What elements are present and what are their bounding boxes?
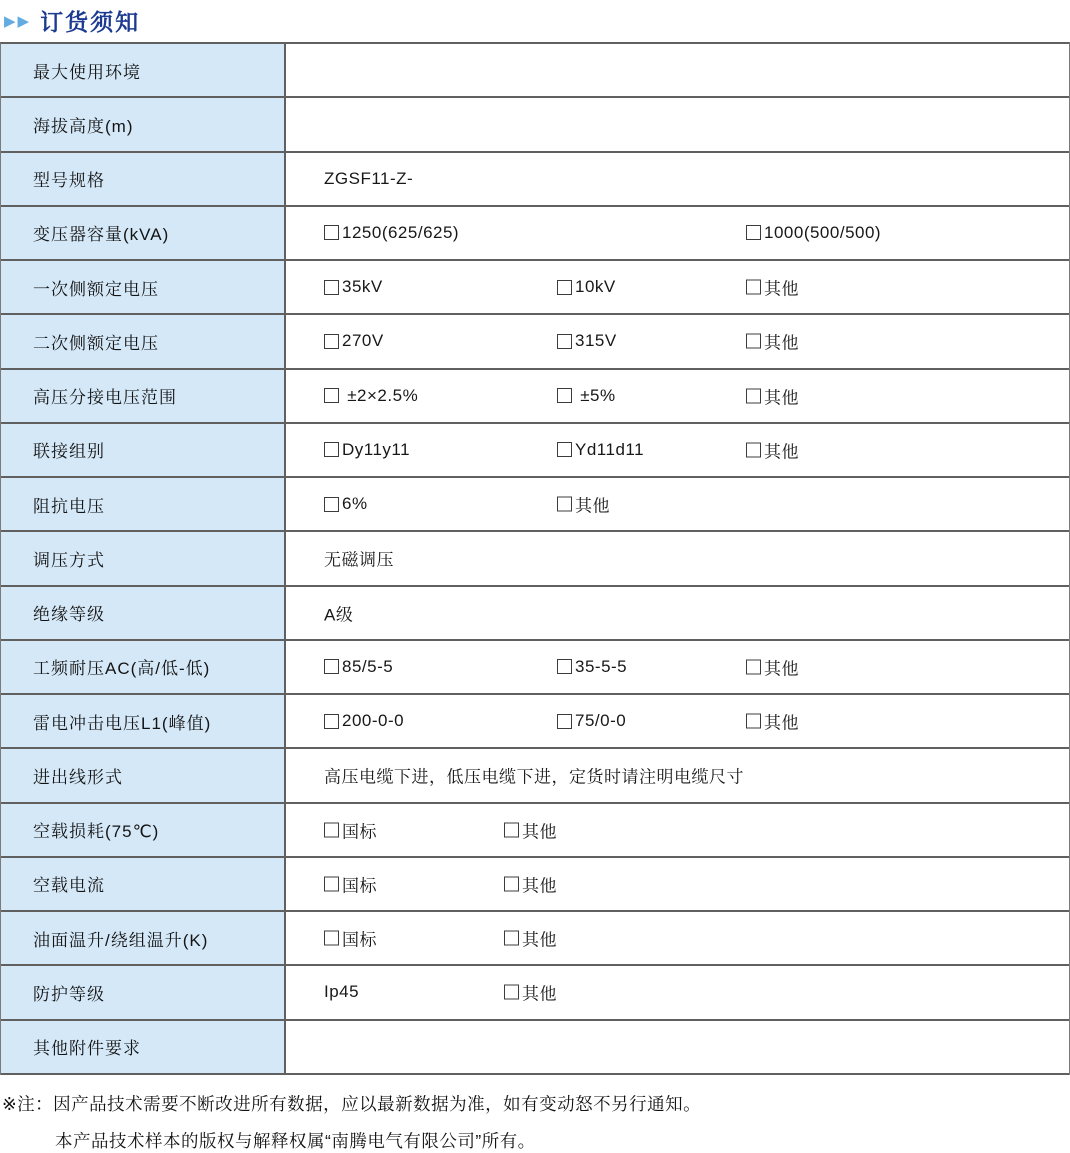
- option-label: Yd11d11: [575, 440, 644, 460]
- row-value-cell: A级: [286, 587, 1069, 639]
- footnote-line-2: 本产品技术样本的版权与解释权属“南腾电气有限公司”所有。: [0, 1131, 1070, 1152]
- row-label-cell: 工频耐压AC(高/低-低): [1, 641, 286, 693]
- row-value-cell: [286, 98, 1069, 150]
- row-label: 型号规格: [33, 166, 105, 191]
- spec-option: 其他: [746, 329, 799, 354]
- row-label-cell: 防护等级: [1, 966, 286, 1018]
- spec-option: 35kV: [324, 277, 383, 297]
- row-label: 调压方式: [33, 546, 105, 571]
- table-row: 空载损耗(75℃)国标其他: [1, 804, 1069, 858]
- row-label: 海拔高度(m): [33, 112, 133, 137]
- checkbox-icon[interactable]: [324, 659, 339, 674]
- option-label: 315V: [575, 331, 617, 351]
- option-label: 无磁调压: [324, 546, 394, 571]
- checkbox-icon[interactable]: [504, 822, 519, 837]
- row-value-cell: [286, 1021, 1069, 1073]
- option-label: 国标: [342, 871, 377, 896]
- spec-option: 其他: [504, 926, 557, 951]
- spec-option: 6%: [324, 494, 368, 514]
- checkbox-icon[interactable]: [324, 225, 339, 240]
- spec-option: 270V: [324, 331, 384, 351]
- table-row: 一次侧额定电压35kV10kV其他: [1, 261, 1069, 315]
- spec-value: ZGSF11-Z-: [324, 169, 413, 189]
- checkbox-icon[interactable]: [324, 714, 339, 729]
- spec-option: 200-0-0: [324, 711, 404, 731]
- checkbox-icon[interactable]: [324, 334, 339, 349]
- table-row: 阻抗电压6%其他: [1, 478, 1069, 532]
- row-label-cell: 一次侧额定电压: [1, 261, 286, 313]
- row-label-cell: 最大使用环境: [1, 44, 286, 96]
- option-label: 其他: [522, 817, 557, 842]
- option-label: 其他: [522, 871, 557, 896]
- checkbox-icon[interactable]: [557, 659, 572, 674]
- spec-option: 其他: [746, 654, 799, 679]
- checkbox-icon[interactable]: [746, 659, 761, 674]
- checkbox-icon[interactable]: [746, 388, 761, 403]
- checkbox-icon[interactable]: [746, 225, 761, 240]
- option-label: 其他: [522, 980, 557, 1005]
- spec-option: 75/0-0: [557, 711, 626, 731]
- checkbox-icon[interactable]: [504, 876, 519, 891]
- spec-option: 国标: [324, 926, 377, 951]
- checkbox-icon[interactable]: [746, 442, 761, 457]
- checkbox-icon[interactable]: [324, 388, 339, 403]
- row-value-cell: 国标其他: [286, 912, 1069, 964]
- row-label-cell: 空载损耗(75℃): [1, 804, 286, 856]
- order-spec-table: 最大使用环境海拔高度(m)型号规格ZGSF11-Z-变压器容量(kVA)1250…: [0, 42, 1070, 1075]
- checkbox-icon[interactable]: [504, 931, 519, 946]
- row-label-cell: 雷电冲击电压L1(峰值): [1, 695, 286, 747]
- row-label: 二次侧额定电压: [33, 329, 159, 354]
- checkbox-icon[interactable]: [746, 280, 761, 295]
- table-row: 调压方式无磁调压: [1, 532, 1069, 586]
- spec-option: 1250(625/625): [324, 223, 459, 243]
- checkbox-icon[interactable]: [557, 280, 572, 295]
- table-row: 高压分接电压范围 ±2×2.5% ±5%其他: [1, 370, 1069, 424]
- table-row: 二次侧额定电压270V315V其他: [1, 315, 1069, 369]
- checkbox-icon[interactable]: [557, 334, 572, 349]
- option-label: ±5%: [575, 386, 616, 406]
- table-row: 空载电流国标其他: [1, 858, 1069, 912]
- row-label-cell: 调压方式: [1, 532, 286, 584]
- option-label: ±2×2.5%: [342, 386, 418, 406]
- table-row: 防护等级Ip45其他: [1, 966, 1069, 1020]
- checkbox-icon[interactable]: [324, 497, 339, 512]
- spec-option: Dy11y11: [324, 440, 410, 460]
- row-label-cell: 绝缘等级: [1, 587, 286, 639]
- row-value-cell: 35kV10kV其他: [286, 261, 1069, 313]
- row-value-cell: Ip45其他: [286, 966, 1069, 1018]
- row-value-cell: Dy11y11Yd11d11其他: [286, 424, 1069, 476]
- table-row: 雷电冲击电压L1(峰值)200-0-075/0-0其他: [1, 695, 1069, 749]
- row-label-cell: 阻抗电压: [1, 478, 286, 530]
- spec-option: ±5%: [557, 386, 616, 406]
- option-label: 其他: [522, 926, 557, 951]
- spec-option: 10kV: [557, 277, 616, 297]
- row-label-cell: 变压器容量(kVA): [1, 207, 286, 259]
- option-label: 其他: [764, 275, 799, 300]
- option-label: 85/5-5: [342, 657, 393, 677]
- spec-option: 35-5-5: [557, 657, 627, 677]
- table-row: 最大使用环境: [1, 44, 1069, 98]
- checkbox-icon[interactable]: [324, 280, 339, 295]
- row-label: 联接组别: [33, 437, 105, 462]
- row-value-cell: 1250(625/625)1000(500/500): [286, 207, 1069, 259]
- option-label: 35kV: [342, 277, 383, 297]
- option-label: 200-0-0: [342, 711, 404, 731]
- row-label-cell: 二次侧额定电压: [1, 315, 286, 367]
- option-label: 6%: [342, 494, 368, 514]
- spec-option: 其他: [746, 383, 799, 408]
- checkbox-icon[interactable]: [504, 985, 519, 1000]
- spec-option: 其他: [557, 492, 610, 517]
- option-label: Dy11y11: [342, 440, 410, 460]
- spec-option: 其他: [504, 871, 557, 896]
- row-value-cell: ±2×2.5% ±5%其他: [286, 370, 1069, 422]
- row-label-cell: 进出线形式: [1, 749, 286, 801]
- option-label: 其他: [575, 492, 610, 517]
- row-label: 工频耐压AC(高/低-低): [33, 654, 210, 679]
- checkbox-icon[interactable]: [324, 822, 339, 837]
- row-label: 变压器容量(kVA): [33, 220, 169, 245]
- row-label: 阻抗电压: [33, 492, 105, 517]
- spec-value: Ip45: [324, 982, 359, 1002]
- row-label: 进出线形式: [33, 763, 123, 788]
- row-label-cell: 空载电流: [1, 858, 286, 910]
- checkbox-icon[interactable]: [324, 931, 339, 946]
- row-label: 空载电流: [33, 871, 105, 896]
- spec-value: 无磁调压: [324, 546, 394, 571]
- table-row: 型号规格ZGSF11-Z-: [1, 153, 1069, 207]
- option-label: 270V: [342, 331, 384, 351]
- row-value-cell: 85/5-535-5-5其他: [286, 641, 1069, 693]
- checkbox-icon[interactable]: [557, 714, 572, 729]
- option-label: 75/0-0: [575, 711, 626, 731]
- checkbox-icon[interactable]: [557, 497, 572, 512]
- spec-option: 国标: [324, 817, 377, 842]
- table-row: 海拔高度(m): [1, 98, 1069, 152]
- row-value-cell: 200-0-075/0-0其他: [286, 695, 1069, 747]
- row-label: 一次侧额定电压: [33, 275, 159, 300]
- spec-option: 其他: [504, 817, 557, 842]
- row-label: 绝缘等级: [33, 600, 105, 625]
- option-label: 国标: [342, 817, 377, 842]
- option-label: 其他: [764, 383, 799, 408]
- page-title: 订货须知: [40, 4, 140, 37]
- row-label-cell: 联接组别: [1, 424, 286, 476]
- spec-option: 315V: [557, 331, 617, 351]
- option-label: 国标: [342, 926, 377, 951]
- table-row: 联接组别Dy11y11Yd11d11其他: [1, 424, 1069, 478]
- option-label: 1000(500/500): [764, 223, 881, 243]
- table-row: 绝缘等级A级: [1, 587, 1069, 641]
- row-value-cell: ZGSF11-Z-: [286, 153, 1069, 205]
- option-label: 其他: [764, 654, 799, 679]
- page-header: ▶▶ 订货须知: [0, 0, 1070, 40]
- row-label: 最大使用环境: [33, 58, 141, 83]
- table-row: 其他附件要求: [1, 1021, 1069, 1075]
- spec-option: ±2×2.5%: [324, 386, 418, 406]
- checkbox-icon[interactable]: [324, 442, 339, 457]
- checkbox-icon[interactable]: [324, 876, 339, 891]
- option-label: 其他: [764, 709, 799, 734]
- table-row: 变压器容量(kVA)1250(625/625)1000(500/500): [1, 207, 1069, 261]
- spec-option: 85/5-5: [324, 657, 393, 677]
- checkbox-icon[interactable]: [746, 334, 761, 349]
- spec-option: 其他: [504, 980, 557, 1005]
- option-label: Ip45: [324, 982, 359, 1002]
- table-row: 油面温升/绕组温升(K)国标其他: [1, 912, 1069, 966]
- option-label: 高压电缆下进，低压电缆下进，定货时请注明电缆尺寸: [324, 763, 744, 788]
- row-label-cell: 其他附件要求: [1, 1021, 286, 1073]
- row-value-cell: 6%其他: [286, 478, 1069, 530]
- row-label: 高压分接电压范围: [33, 383, 177, 408]
- checkbox-icon[interactable]: [746, 714, 761, 729]
- row-label-cell: 海拔高度(m): [1, 98, 286, 150]
- option-label: 1250(625/625): [342, 223, 459, 243]
- spec-option: 其他: [746, 275, 799, 300]
- spec-option: 国标: [324, 871, 377, 896]
- spec-option: 其他: [746, 709, 799, 734]
- spec-option: 1000(500/500): [746, 223, 881, 243]
- table-row: 进出线形式高压电缆下进，低压电缆下进，定货时请注明电缆尺寸: [1, 749, 1069, 803]
- table-row: 工频耐压AC(高/低-低)85/5-535-5-5其他: [1, 641, 1069, 695]
- row-label: 其他附件要求: [33, 1034, 141, 1059]
- footnote-line-1: ※注：因产品技术需要不断改进所有数据，应以最新数据为准，如有变动怒不另行通知。: [0, 1094, 1070, 1115]
- row-label-cell: 型号规格: [1, 153, 286, 205]
- row-value-cell: 270V315V其他: [286, 315, 1069, 367]
- spec-option: 其他: [746, 437, 799, 462]
- row-label-cell: 油面温升/绕组温升(K): [1, 912, 286, 964]
- option-label: 10kV: [575, 277, 616, 297]
- row-value-cell: 无磁调压: [286, 532, 1069, 584]
- row-label: 空载损耗(75℃): [33, 817, 159, 842]
- spec-value: 高压电缆下进，低压电缆下进，定货时请注明电缆尺寸: [324, 763, 744, 788]
- row-value-cell: 国标其他: [286, 804, 1069, 856]
- row-value-cell: 高压电缆下进，低压电缆下进，定货时请注明电缆尺寸: [286, 749, 1069, 801]
- double-arrow-icon: ▶▶: [4, 14, 31, 29]
- option-label: 其他: [764, 329, 799, 354]
- option-label: 35-5-5: [575, 657, 627, 677]
- row-label: 雷电冲击电压L1(峰值): [33, 709, 211, 734]
- row-label-cell: 高压分接电压范围: [1, 370, 286, 422]
- option-label: 其他: [764, 437, 799, 462]
- row-label: 油面温升/绕组温升(K): [33, 926, 208, 951]
- spec-option: Yd11d11: [557, 440, 644, 460]
- row-value-cell: [286, 44, 1069, 96]
- checkbox-icon[interactable]: [557, 388, 572, 403]
- spec-value: A级: [324, 600, 353, 625]
- checkbox-icon[interactable]: [557, 442, 572, 457]
- option-label: A级: [324, 600, 353, 625]
- option-label: ZGSF11-Z-: [324, 169, 413, 189]
- row-label: 防护等级: [33, 980, 105, 1005]
- footnotes: ※注：因产品技术需要不断改进所有数据，应以最新数据为准，如有变动怒不另行通知。 …: [0, 1094, 1070, 1152]
- row-value-cell: 国标其他: [286, 858, 1069, 910]
